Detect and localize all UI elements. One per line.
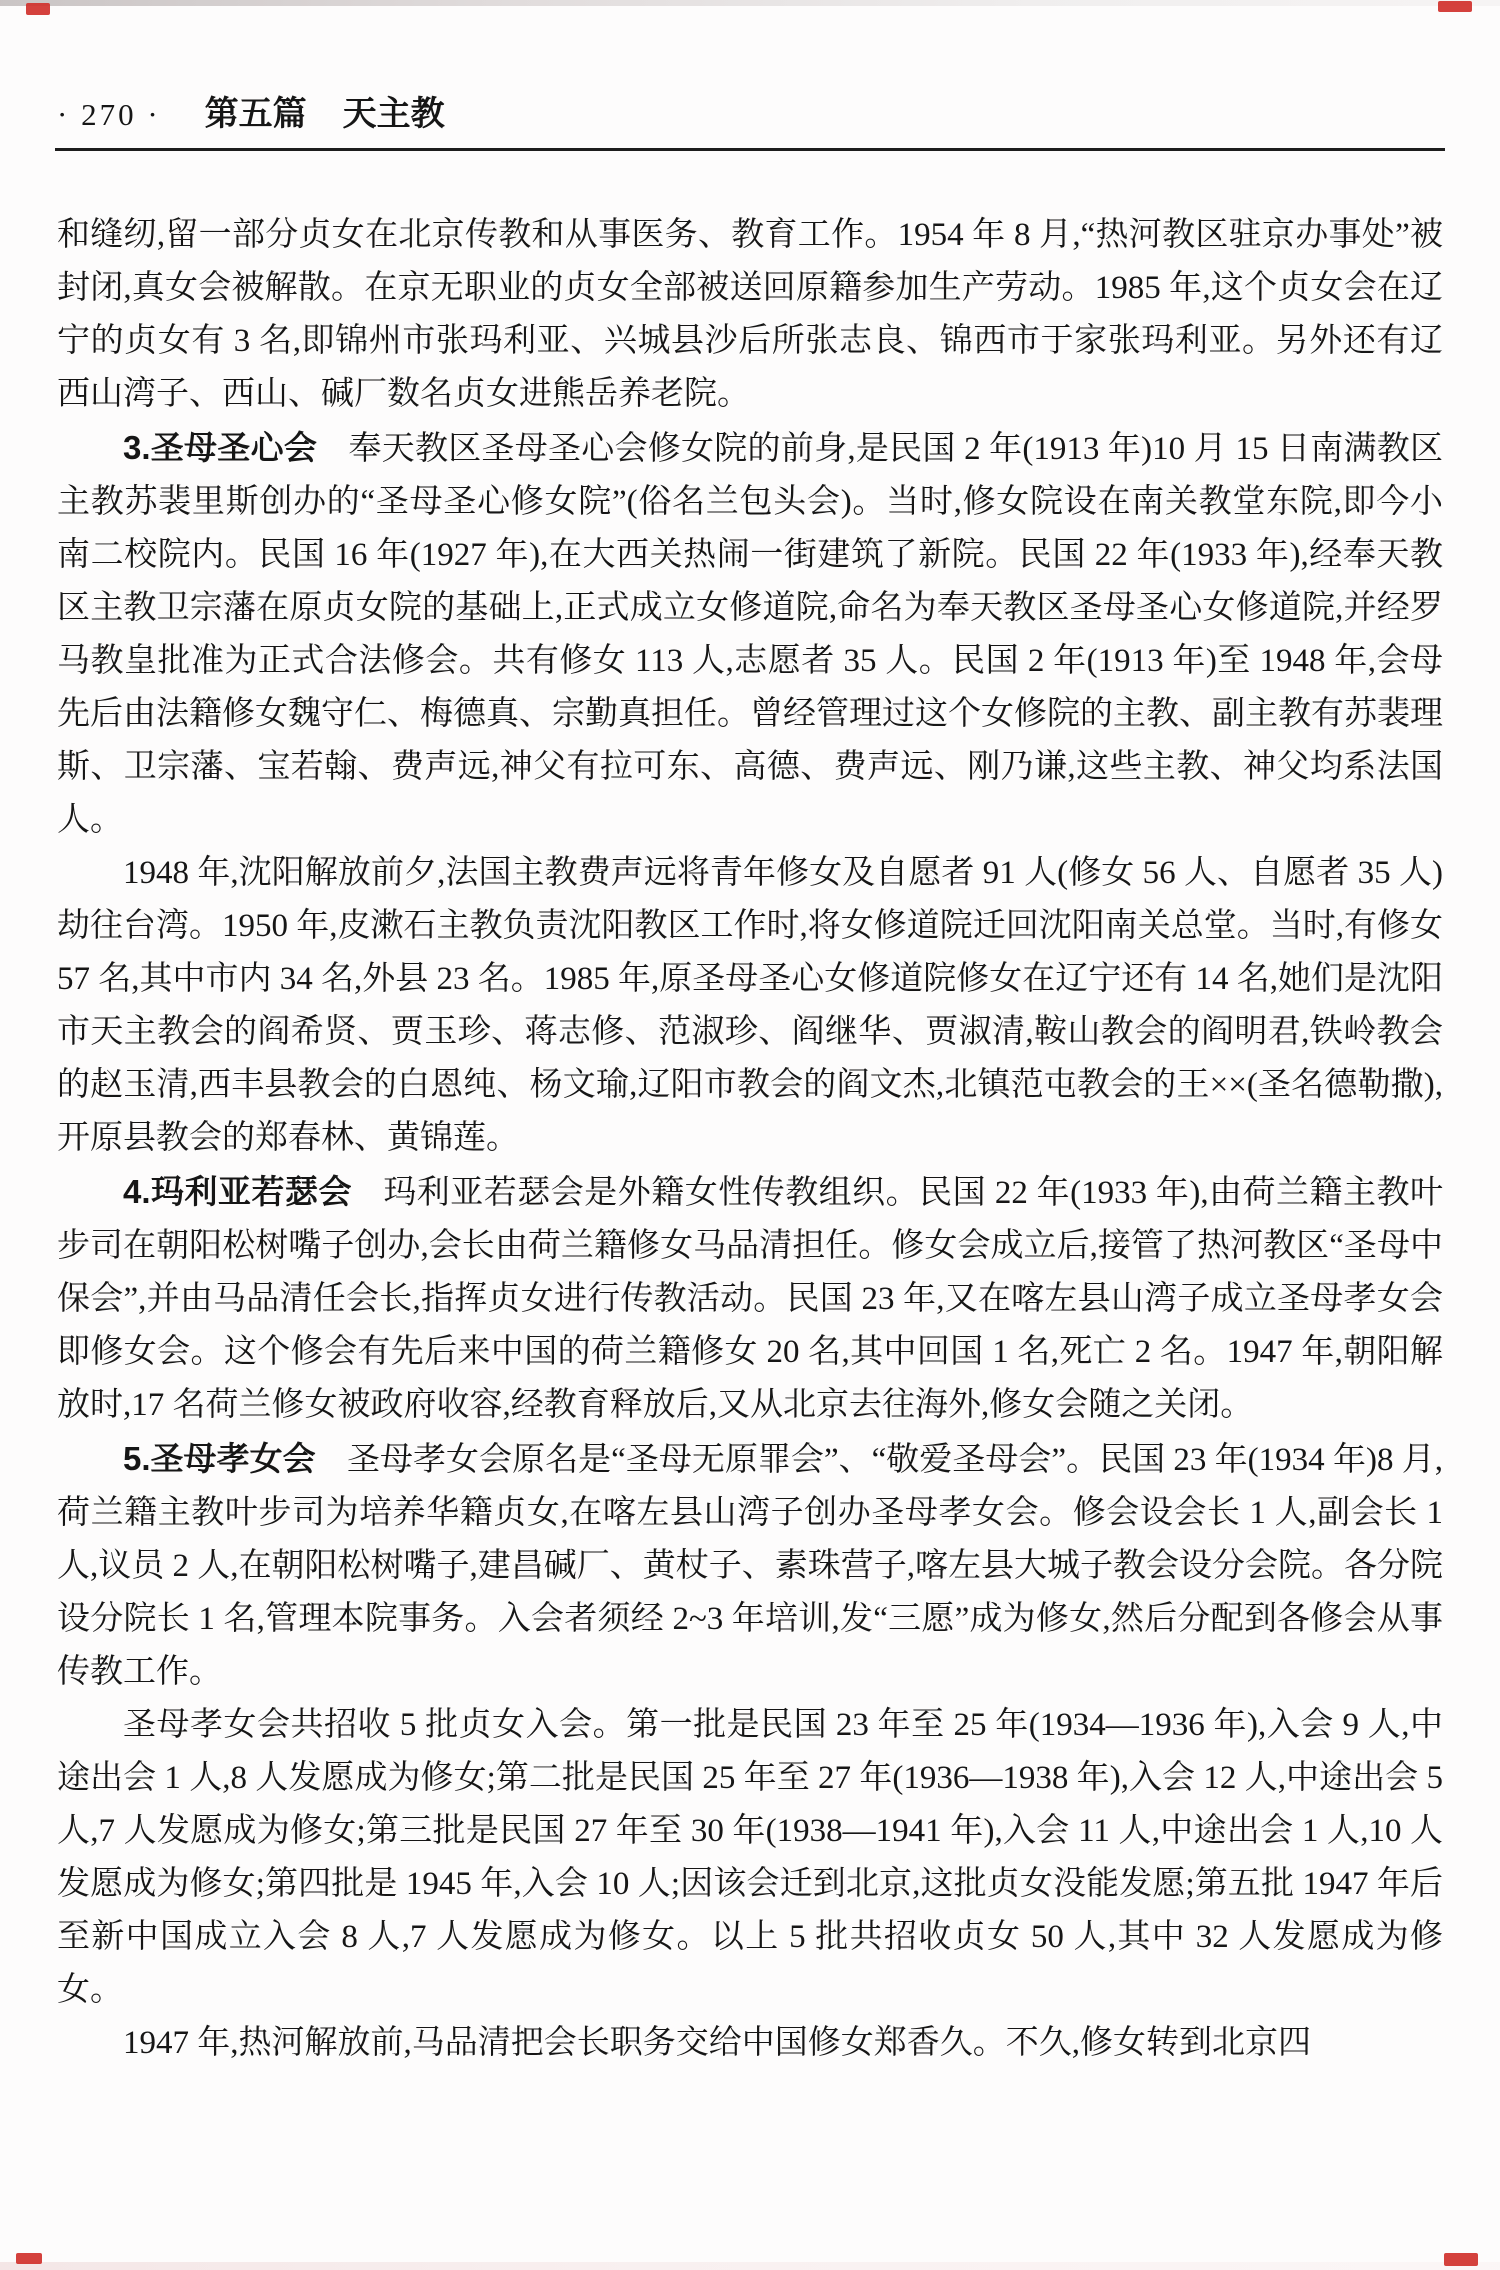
- paragraph-4-maliya-ruose-hui: 4.玛利亚若瑟会玛利亚若瑟会是外籍女性传教组织。民国 22 年(1933 年),…: [57, 1165, 1443, 1432]
- paragraph-text: 奉天教区圣母圣心会修女院的前身,是民国 2 年(1913 年)10 月 15 日…: [57, 431, 1443, 838]
- scan-mark-top-left: [26, 3, 50, 15]
- paragraph-1947-handover: 1947 年,热河解放前,马品清把会长职务交给中国修女郑香久。不久,修女转到北京…: [57, 2017, 1443, 2070]
- paragraph-text: 玛利亚若瑟会是外籍女性传教组织。民国 22 年(1933 年),由荷兰籍主教叶步…: [57, 1175, 1443, 1423]
- subsection-heading-5: 5.圣母孝女会: [123, 1440, 316, 1477]
- scan-artifact-bottom-band: [0, 2262, 1500, 2270]
- paragraph-3-shengmu-shengxin-hui: 3.圣母圣心会奉天教区圣母圣心会修女院的前身,是民国 2 年(1913 年)10…: [57, 421, 1443, 847]
- chapter-title: 天主教: [343, 86, 445, 135]
- paragraph-1948-evacuation: 1948 年,沈阳解放前夕,法国主教费声远将青年修女及自愿者 91 人(修女 5…: [57, 847, 1443, 1165]
- paragraph-5-shengmu-xiaonv-hui: 5.圣母孝女会圣母孝女会原名是“圣母无原罪会”、“敬爱圣母会”。民国 23 年(…: [57, 1432, 1443, 1699]
- subsection-heading-3: 3.圣母圣心会: [123, 429, 317, 466]
- paragraph-text: 圣母孝女会原名是“圣母无原罪会”、“敬爱圣母会”。民国 23 年(1934 年)…: [57, 1442, 1443, 1690]
- paragraph-virgins-continuation: 和缝纫,留一部分贞女在北京传教和从事医务、教育工作。1954 年 8 月,“热河…: [57, 209, 1443, 421]
- paragraph-text: 1948 年,沈阳解放前夕,法国主教费声远将青年修女及自愿者 91 人(修女 5…: [57, 855, 1443, 1156]
- page-header: · 270 · 第五篇 天主教: [57, 86, 1443, 135]
- section-label: 第五篇: [205, 86, 307, 135]
- paragraph-text: 圣母孝女会共招收 5 批贞女入会。第一批是民国 23 年至 25 年(1934—…: [57, 1707, 1443, 2008]
- paragraph-five-recruitment-batches: 圣母孝女会共招收 5 批贞女入会。第一批是民国 23 年至 25 年(1934—…: [57, 1699, 1443, 2017]
- scan-mark-bottom-left: [16, 2253, 42, 2264]
- page-number: · 270 ·: [57, 97, 161, 133]
- header-divider-rule: [55, 148, 1445, 151]
- subsection-heading-4: 4.玛利亚若瑟会: [123, 1173, 352, 1210]
- scan-artifact-top-band: [0, 0, 1500, 6]
- scan-mark-top-right: [1438, 1, 1472, 12]
- paragraph-text: 1947 年,热河解放前,马品清把会长职务交给中国修女郑香久。不久,修女转到北京…: [123, 2025, 1311, 2061]
- page-body: 和缝纫,留一部分贞女在北京传教和从事医务、教育工作。1954 年 8 月,“热河…: [57, 209, 1443, 2070]
- scan-mark-bottom-right: [1444, 2253, 1478, 2266]
- paragraph-text: 和缝纫,留一部分贞女在北京传教和从事医务、教育工作。1954 年 8 月,“热河…: [57, 217, 1443, 412]
- book-page: · 270 · 第五篇 天主教 和缝纫,留一部分贞女在北京传教和从事医务、教育工…: [0, 0, 1500, 2270]
